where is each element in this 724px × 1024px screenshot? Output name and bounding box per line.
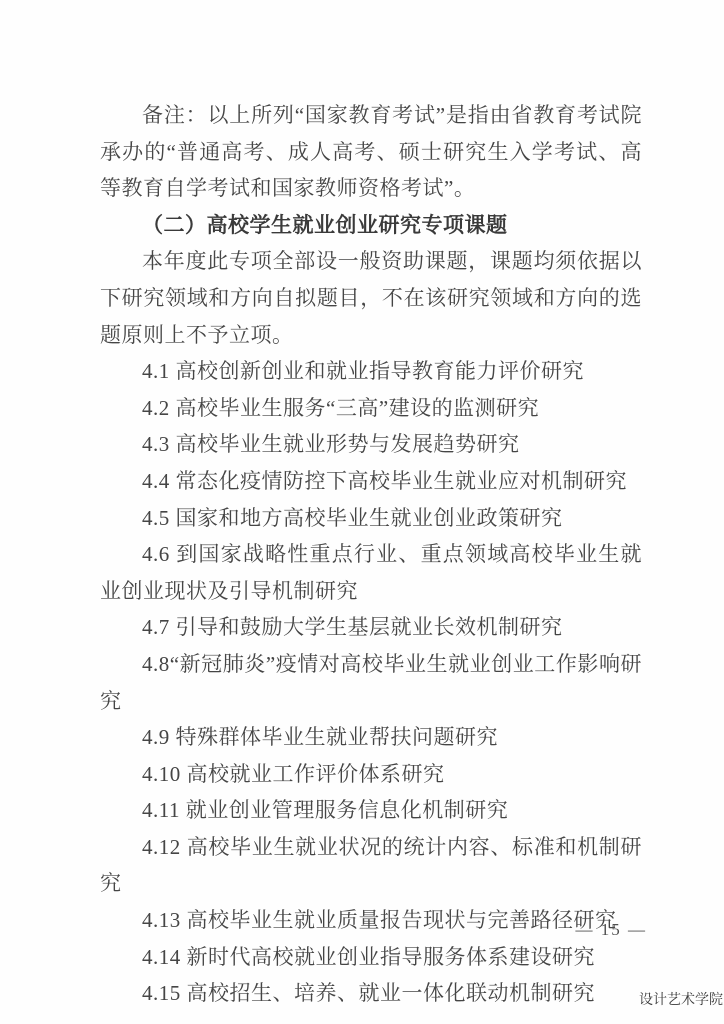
watermark: 设计艺术学院 bbox=[639, 990, 723, 1008]
topic-item: 4.3 高校毕业生就业形势与发展趋势研究 bbox=[100, 426, 642, 463]
topic-item: 4.10 高校就业工作评价体系研究 bbox=[100, 756, 642, 793]
topic-item: 4.4 常态化疫情防控下高校毕业生就业应对机制研究 bbox=[100, 463, 642, 500]
topic-item: 4.7 引导和鼓励大学生基层就业长效机制研究 bbox=[100, 609, 642, 646]
topic-item: 4.9 特殊群体毕业生就业帮扶问题研究 bbox=[100, 719, 642, 756]
page-number: — 15 — bbox=[576, 918, 648, 942]
topic-item: 4.13 高校毕业生就业质量报告现状与完善路径研究 bbox=[100, 902, 642, 939]
topic-item: 4.14 新时代高校就业创业指导服务体系建设研究 bbox=[100, 939, 642, 976]
topic-item: 4.5 国家和地方高校毕业生就业创业政策研究 bbox=[100, 500, 642, 537]
topic-item: 4.6 到国家战略性重点行业、重点领域高校毕业生就业创业现状及引导机制研究 bbox=[100, 536, 642, 609]
topic-item: 4.11 就业创业管理服务信息化机制研究 bbox=[100, 792, 642, 829]
section-heading: （二）高校学生就业创业研究专项课题 bbox=[100, 207, 642, 244]
document-page: 备注：以上所列“国家教育考试”是指由省教育考试院承办的“普通高考、成人高考、硕士… bbox=[0, 0, 724, 1024]
topic-item: 4.8“新冠肺炎”疫情对高校毕业生就业创业工作影响研究 bbox=[100, 646, 642, 719]
topic-item: 4.1 高校创新创业和就业指导教育能力评价研究 bbox=[100, 353, 642, 390]
intro-paragraph: 本年度此专项全部设一般资助课题，课题均须依据以下研究领域和方向自拟题目，不在该研… bbox=[100, 243, 642, 353]
topic-item: 4.2 高校毕业生服务“三高”建设的监测研究 bbox=[100, 390, 642, 427]
topic-item: 4.15 高校招生、培养、就业一体化联动机制研究 bbox=[100, 975, 642, 1012]
topic-list: 4.1 高校创新创业和就业指导教育能力评价研究 4.2 高校毕业生服务“三高”建… bbox=[100, 353, 642, 1012]
topic-item: 4.12 高校毕业生就业状况的统计内容、标准和机制研究 bbox=[100, 829, 642, 902]
note-paragraph: 备注：以上所列“国家教育考试”是指由省教育考试院承办的“普通高考、成人高考、硕士… bbox=[100, 97, 642, 207]
